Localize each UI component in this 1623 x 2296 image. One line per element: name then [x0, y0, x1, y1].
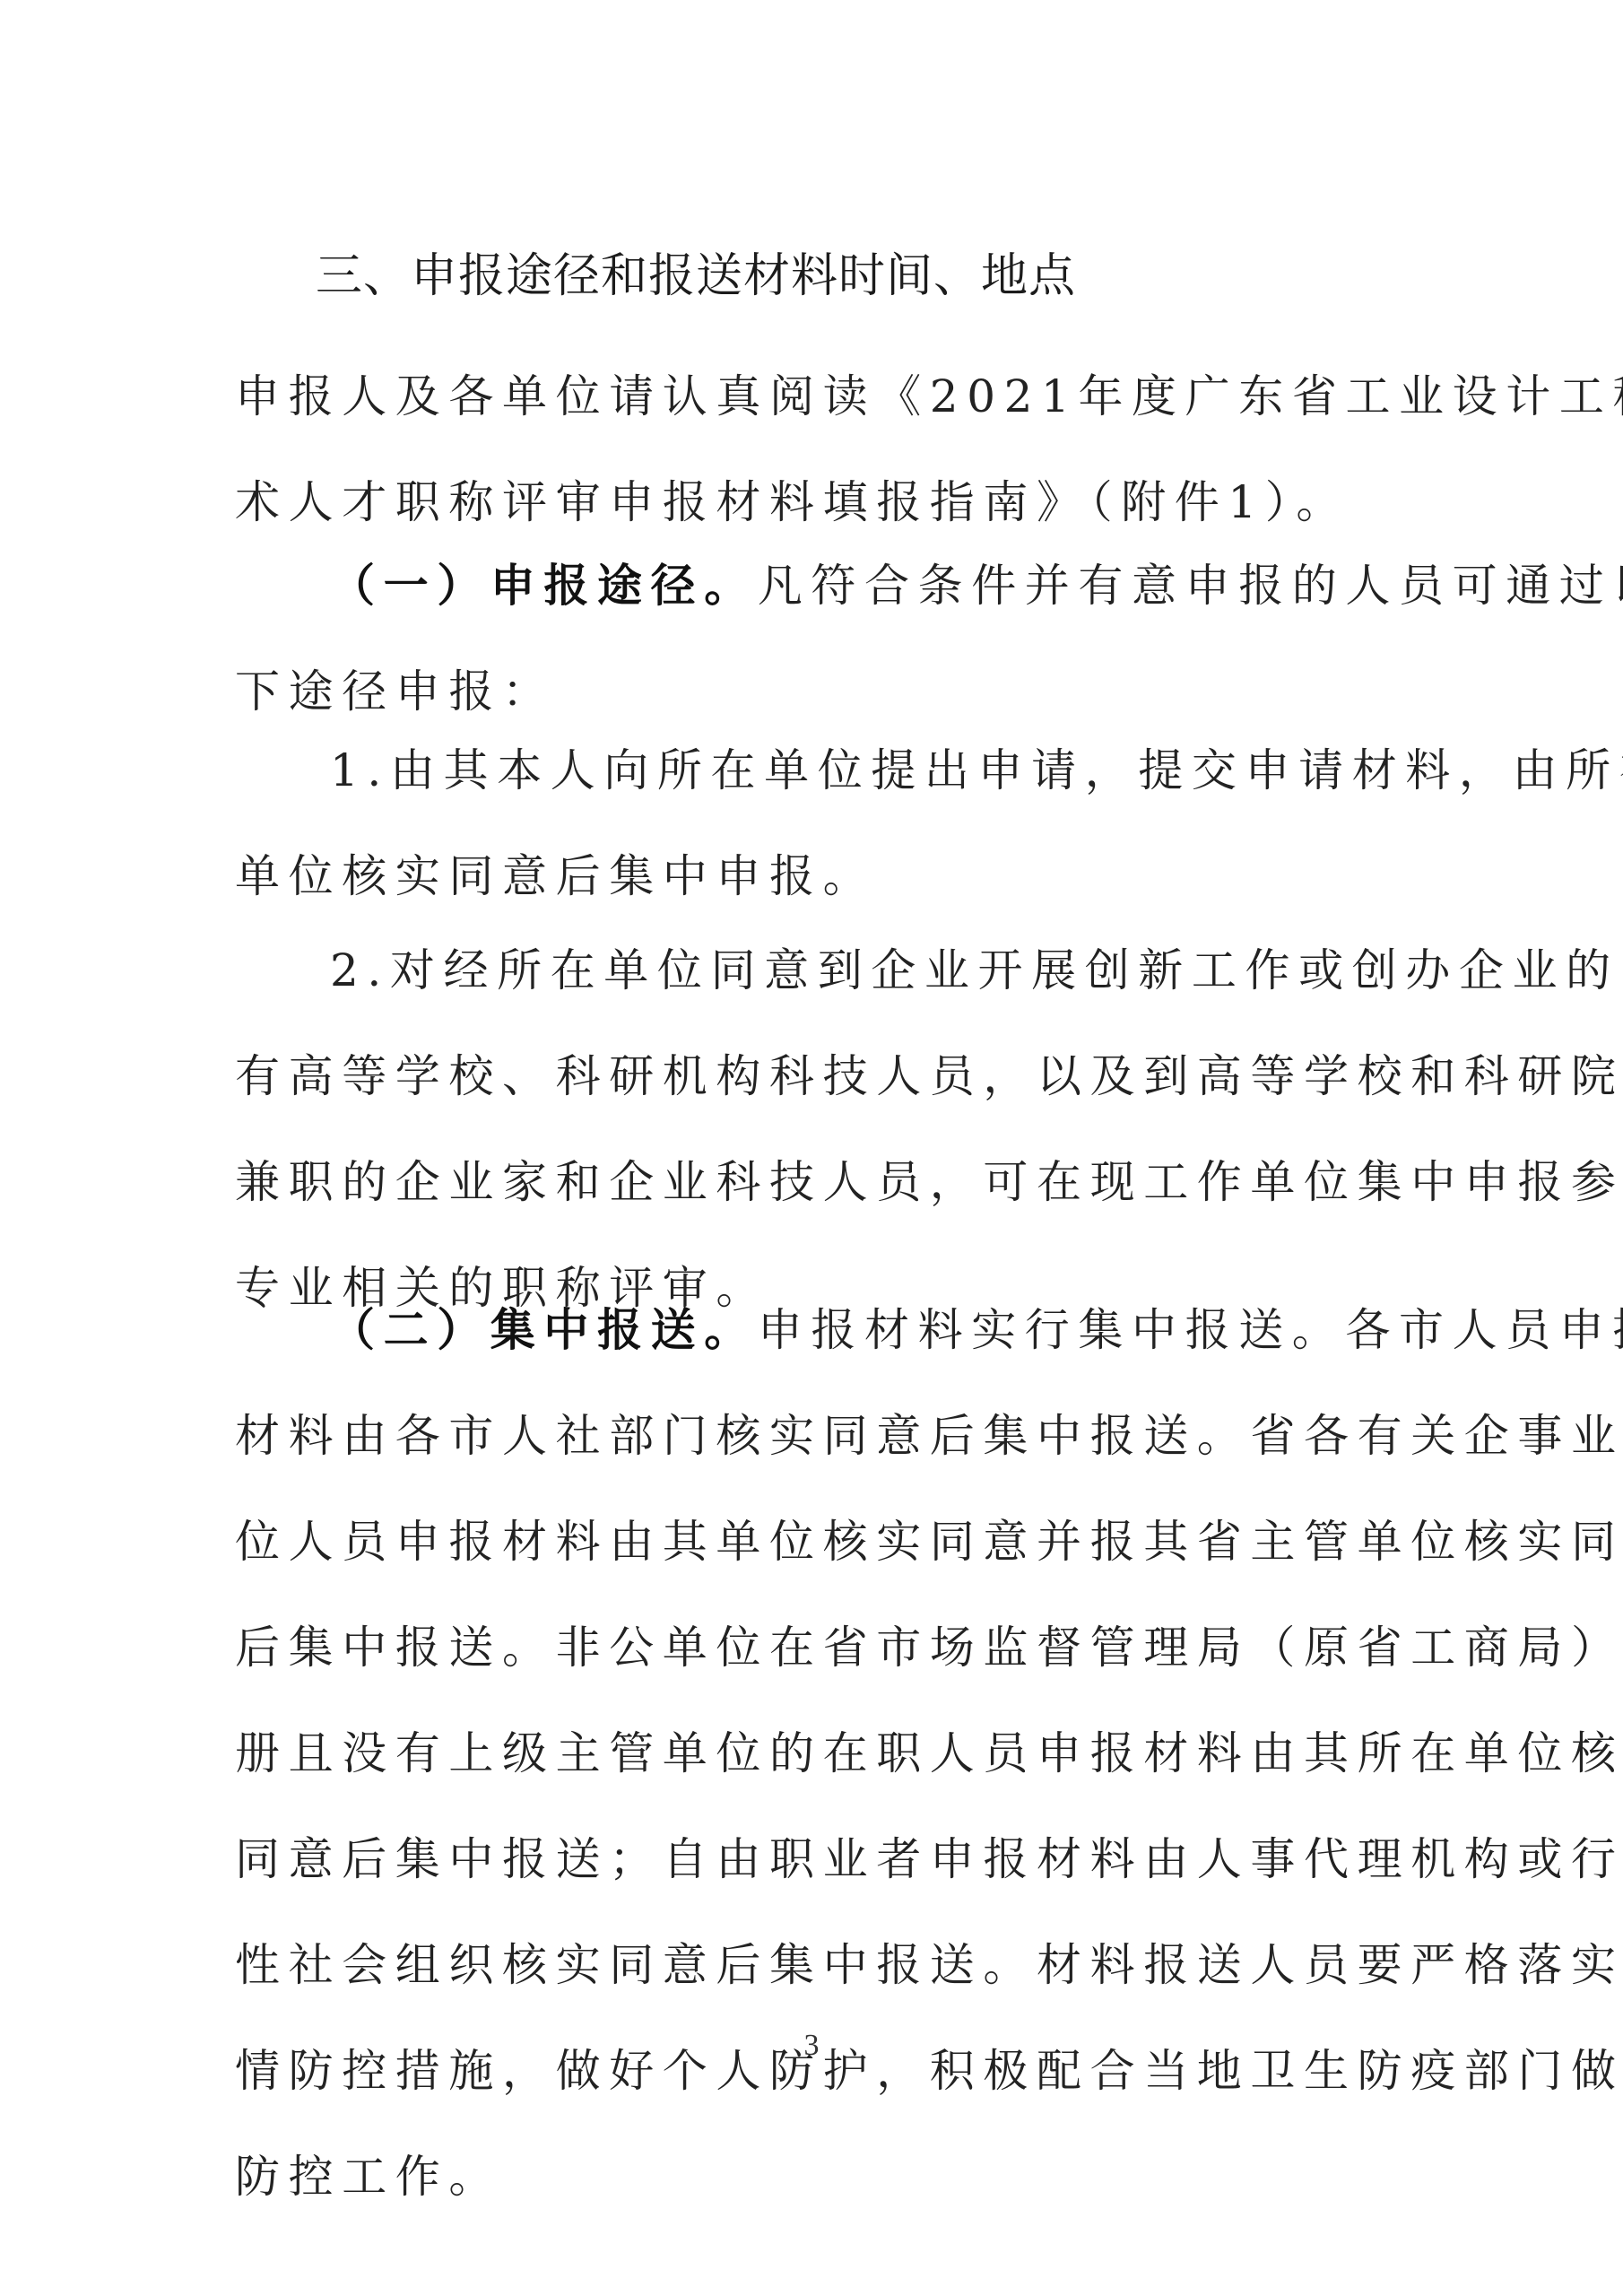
intro-line-1: 申报人及各单位请认真阅读《2021年度广东省工业设计工程技: [235, 344, 1444, 449]
section-1-title: （一）申报途径。: [330, 560, 758, 612]
document-page: 三、申报途径和报送材料时间、地点 申报人及各单位请认真阅读《2021年度广东省工…: [0, 0, 1623, 2296]
item-2-line-2: 有高等学校、科研机构科技人员，以及到高等学校和科研院所: [235, 1023, 1444, 1129]
item-2-line-3: 兼职的企业家和企业科技人员，可在现工作单位集中申报参与: [235, 1129, 1444, 1235]
item-1-paragraph: 1.由其本人向所在单位提出申请，提交申请材料，由所在 单位核实同意后集中申报。: [235, 717, 1444, 929]
item-1-line-1: 1.由其本人向所在单位提出申请，提交申请材料，由所在: [235, 717, 1444, 823]
item-1-line-2: 单位核实同意后集中申报。: [235, 823, 1444, 929]
section-2-paragraph: （二）集中报送。申报材料实行集中报送。各市人员申报 材料由各市人社部门核实同意后…: [235, 1277, 1444, 2230]
section-1-line-1: （一）申报途径。凡符合条件并有意申报的人员可通过以: [235, 533, 1444, 639]
section-2-line-1: （二）集中报送。申报材料实行集中报送。各市人员申报: [235, 1277, 1444, 1383]
page-number: 3: [0, 2029, 1623, 2063]
item-2-line-1: 2.对经所在单位同意到企业开展创新工作或创办企业的国: [235, 918, 1444, 1023]
section-2-line-2: 材料由各市人社部门核实同意后集中报送。省各有关企事业单: [235, 1383, 1444, 1489]
section-2-line-6: 同意后集中报送；自由职业者申报材料由人事代理机构或行业: [235, 1806, 1444, 1912]
section-2-line-7: 性社会组织核实同意后集中报送。材料报送人员要严格落实疫: [235, 1912, 1444, 2018]
section-heading: 三、申报途径和报送材料时间、地点: [316, 240, 1076, 312]
section-2-title: （二）集中报送。: [330, 1304, 758, 1356]
intro-paragraph: 申报人及各单位请认真阅读《2021年度广东省工业设计工程技 术人才职称评审申报材…: [235, 344, 1444, 555]
section-1-paragraph: （一）申报途径。凡符合条件并有意申报的人员可通过以 下途径申报：: [235, 533, 1444, 744]
section-2-line-4: 后集中报送。非公单位在省市场监督管理局（原省工商局）注: [235, 1595, 1444, 1700]
section-1-text: 凡符合条件并有意申报的人员可通过以: [758, 560, 1623, 612]
section-2-line-9: 防控工作。: [235, 2124, 1444, 2230]
section-2-text: 申报材料实行集中报送。各市人员申报: [758, 1304, 1623, 1356]
section-2-line-3: 位人员申报材料由其单位核实同意并报其省主管单位核实同意: [235, 1489, 1444, 1595]
section-2-line-5: 册且没有上级主管单位的在职人员申报材料由其所在单位核实: [235, 1700, 1444, 1806]
